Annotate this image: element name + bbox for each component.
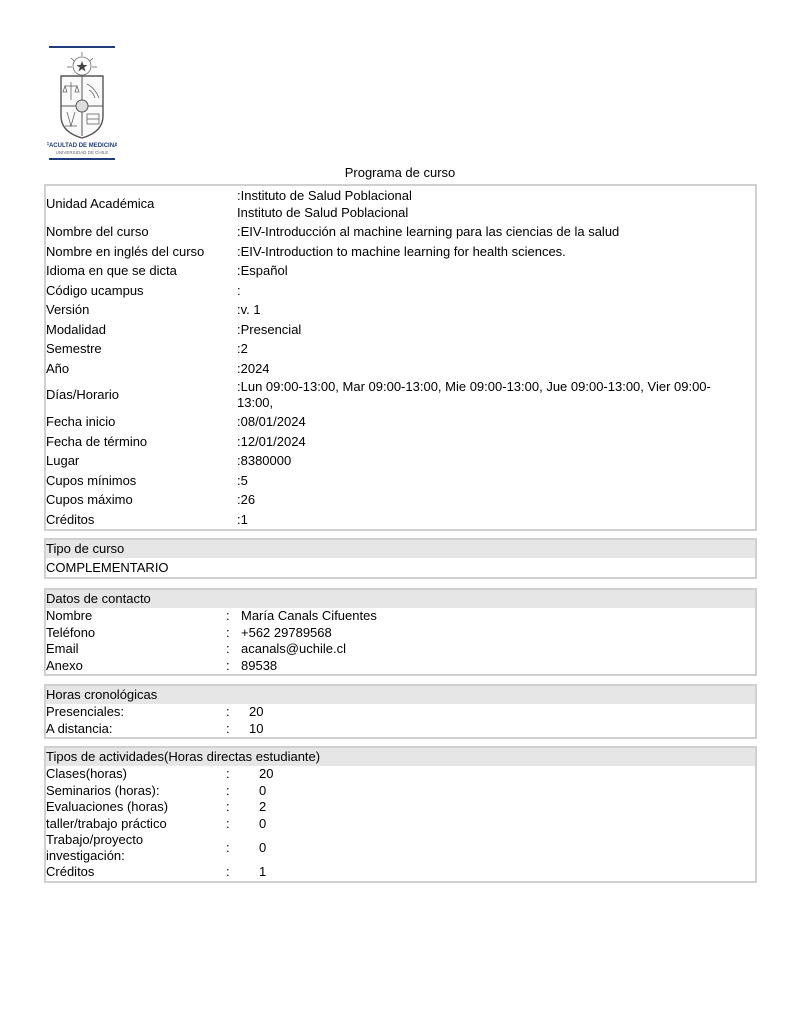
course-info-table: Unidad Académica :Instituto de Salud Pob… [44,184,757,531]
contact-row: Email : acanals@uchile.cl [46,641,755,658]
separator: : [226,721,241,738]
info-row-nombre: Nombre del curso :EIV-Introducción al ma… [46,222,755,242]
info-label: Créditos [46,510,237,530]
hours-value: 10 [241,721,755,738]
info-label: Código ucampus [46,281,237,301]
info-row-creditos: Créditos :1 [46,510,755,530]
info-value: :v. 1 [237,300,755,320]
activity-label: Clases(horas) [46,766,226,783]
contact-row: Teléfono : +562 29789568 [46,625,755,642]
section-header: Tipo de curso [46,540,755,558]
info-label: Idioma en que se dicta [46,261,237,281]
hours-label: Presenciales: [46,704,226,721]
contact-section: Datos de contacto Nombre : María Canals … [44,588,757,676]
activity-row: Créditos : 1 [46,864,755,881]
page-title: Programa de curso [44,165,756,180]
hours-row: Presenciales: : 20 [46,704,755,721]
activity-label: taller/trabajo práctico [46,816,226,833]
info-value: :5 [237,471,755,491]
info-label: Modalidad [46,320,237,340]
activity-row: Clases(horas) : 20 [46,766,755,783]
activity-value: 0 [241,816,755,833]
activities-section: Tipos de actividades(Horas directas estu… [44,746,757,883]
info-label: Nombre en inglés del curso [46,242,237,262]
info-label: Días/Horario [46,385,237,405]
info-label: Versión [46,300,237,320]
contact-label: Nombre [46,608,226,625]
separator: : [226,799,241,816]
contact-value: 89538 [241,658,755,675]
contact-email: acanals@uchile.cl [241,641,755,658]
hours-value: 20 [241,704,755,721]
info-value: :EIV-Introduction to machine learning fo… [237,242,755,262]
separator: : [226,641,241,658]
activity-value: 0 [241,840,755,856]
info-row-idioma: Idioma en que se dicta :Español [46,261,755,281]
info-value: :26 [237,490,755,510]
separator: : [226,864,241,881]
separator: : [226,783,241,800]
info-value: :08/01/2024 [237,412,755,432]
contact-value: +562 29789568 [241,625,755,642]
section-header: Horas cronológicas [46,686,755,704]
info-value: :1 [237,510,755,530]
info-row-anio: Año :2024 [46,359,755,379]
separator: : [226,658,241,675]
info-row-version: Versión :v. 1 [46,300,755,320]
activity-value: 0 [241,783,755,800]
info-value: :Presencial [237,320,755,340]
info-value: :2024 [237,359,755,379]
activity-value: 1 [241,864,755,881]
contact-label: Anexo [46,658,226,675]
info-row-codigo: Código ucampus : [46,281,755,301]
section-header: Datos de contacto [46,590,755,608]
info-value: : [237,281,755,301]
activity-label: Créditos [46,864,226,881]
separator: : [226,840,241,856]
contact-row: Nombre : María Canals Cifuentes [46,608,755,625]
activity-value: 20 [241,766,755,783]
svg-text:FACULTAD DE MEDICINA: FACULTAD DE MEDICINA [47,143,117,149]
info-row-cupos-max: Cupos máximo :26 [46,490,755,510]
activity-label: Evaluaciones (horas) [46,799,226,816]
info-value-line2: Instituto de Salud Poblacional [237,204,755,221]
info-label: Lugar [46,451,237,471]
activity-row: Seminarios (horas): : 0 [46,783,755,800]
info-value: :Lun 09:00-13:00, Mar 09:00-13:00, Mie 0… [237,379,755,395]
info-label: Año [46,359,237,379]
info-label: Cupos máximo [46,490,237,510]
info-value: :Español [237,261,755,281]
info-row-fecha-inicio: Fecha inicio :08/01/2024 [46,412,755,432]
info-row-cupos-min: Cupos mínimos :5 [46,471,755,491]
info-label: Cupos mínimos [46,471,237,491]
activity-row: taller/trabajo práctico : 0 [46,816,755,833]
activity-label: Trabajo/proyecto investigación: [46,832,166,864]
info-row-fecha-termino: Fecha de término :12/01/2024 [46,432,755,452]
activity-label: Seminarios (horas): [46,783,226,800]
info-label: Unidad Académica [46,194,237,214]
course-type-section: Tipo de curso COMPLEMENTARIO [44,538,757,579]
info-row-unidad: Unidad Académica :Instituto de Salud Pob… [46,186,755,222]
info-value: :2 [237,339,755,359]
info-label: Fecha inicio [46,412,237,432]
course-type-value: COMPLEMENTARIO [46,558,755,577]
info-row-modalidad: Modalidad :Presencial [46,320,755,340]
activity-row: Trabajo/proyecto investigación: : 0 [46,832,755,864]
section-header: Tipos de actividades(Horas directas estu… [46,748,755,766]
contact-label: Email [46,641,226,658]
hours-label: A distancia: [46,721,226,738]
info-row-semestre: Semestre :2 [46,339,755,359]
separator: : [226,625,241,642]
info-row-horario: Días/Horario :Lun 09:00-13:00, Mar 09:00… [46,378,755,412]
svg-text:UNIVERSIDAD DE CHILE: UNIVERSIDAD DE CHILE [56,150,109,155]
hours-row: A distancia: : 10 [46,721,755,738]
contact-label: Teléfono [46,625,226,642]
contact-value: María Canals Cifuentes [241,608,755,625]
separator: : [226,816,241,833]
info-row-nombre-ingles: Nombre en inglés del curso :EIV-Introduc… [46,242,755,262]
separator: : [226,608,241,625]
info-value: :EIV-Introducción al machine learning pa… [237,222,755,242]
info-value-line2: 13:00, [237,395,755,411]
separator: : [226,704,241,721]
info-value: :8380000 [237,451,755,471]
info-label: Fecha de término [46,432,237,452]
info-row-lugar: Lugar :8380000 [46,451,755,471]
info-label: Semestre [46,339,237,359]
faculty-logo: FACULTAD DE MEDICINA UNIVERSIDAD DE CHIL… [47,46,117,161]
info-value: :12/01/2024 [237,432,755,452]
activity-row: Evaluaciones (horas) : 2 [46,799,755,816]
separator: : [226,766,241,783]
university-coat-of-arms-icon: FACULTAD DE MEDICINA UNIVERSIDAD DE CHIL… [47,46,117,161]
contact-row: Anexo : 89538 [46,658,755,675]
hours-section: Horas cronológicas Presenciales: : 20 A … [44,684,757,739]
info-value: :Instituto de Salud Poblacional [237,187,755,204]
activity-value: 2 [241,799,755,816]
info-label: Nombre del curso [46,222,237,242]
